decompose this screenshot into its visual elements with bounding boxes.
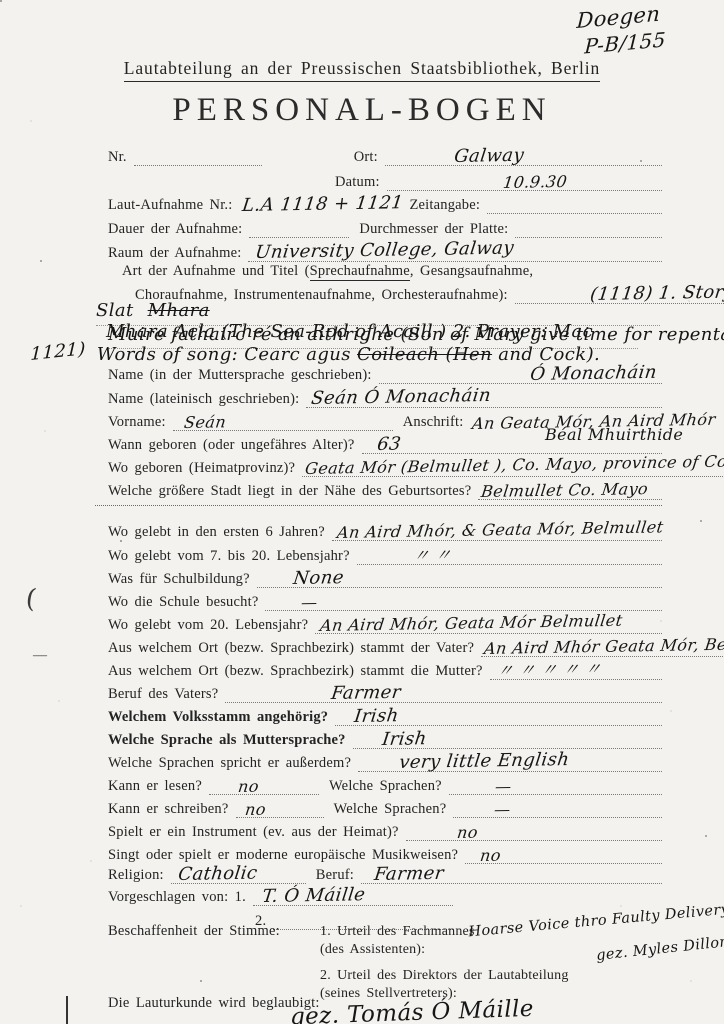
urteil1-value-line2: gez. Myles Dillon xyxy=(596,934,724,964)
leb6-label: Wo gelebt in den ersten 6 Jahren? xyxy=(108,524,325,541)
row-vater-beruf: Beruf des Vaters? Farmer xyxy=(108,681,662,703)
geboren-wo-label: Wo geboren (Heimatprovinz)? xyxy=(108,460,295,477)
zeit-field xyxy=(487,191,662,214)
raum-value: University College, Galway xyxy=(254,237,515,263)
volksstamm-label: Welchem Volksstamm angehörig? xyxy=(108,709,328,726)
row-datum: Datum: 10.9.30 xyxy=(335,169,662,191)
mutter-ort-field: 〃 〃 〃 〃 〃 xyxy=(490,657,662,680)
schreiben-sprachen-value: — xyxy=(493,800,512,819)
leb20-value: An Aird Mhór, Geata Mór Belmullet xyxy=(319,611,624,635)
schule-art-label: Was für Schulbildung? xyxy=(108,571,250,588)
leb6-field: An Aird Mhór, & Geata Mór, Belmullet xyxy=(332,518,662,541)
row-stadt: Welche größere Stadt liegt in der Nähe d… xyxy=(108,478,662,500)
vater-beruf-field: Farmer xyxy=(225,680,662,703)
mutter-ort-label: Aus welchem Ort (bezw. Sprachbezirk) sta… xyxy=(108,663,483,680)
lesen-sprachen-label: Welche Sprachen? xyxy=(329,778,442,795)
urteil1-value-line1-wrap: Hoarse Voice thro Faulty Delivery xyxy=(468,901,724,942)
vorgeschlagen-label: Vorgeschlagen von: 1. xyxy=(108,889,246,906)
urteil1-line1: 1. Urteil des Fachmannes xyxy=(320,922,475,940)
muttersprache-value: Irish xyxy=(381,728,428,750)
schule-wo-value: — xyxy=(300,593,319,612)
scan-speckles xyxy=(0,0,2,2)
name-mutter-field: Ó Monacháin xyxy=(379,361,662,384)
vorgeschlagen-field: T. Ó Máille xyxy=(253,883,453,906)
name-lat-field: Seán Ó Monacháin xyxy=(306,385,662,408)
row-schule-art: Was für Schulbildung? None xyxy=(108,566,662,588)
datum-value: 10.9.30 xyxy=(502,172,568,192)
urteil1-value-line2-wrap: gez. Myles Dillon xyxy=(595,933,724,965)
beglaubigt-label: Die Lauturkunde wird beglaubigt: xyxy=(108,995,320,1011)
schule-art-field: None xyxy=(257,565,662,588)
row-mutter-ort: Aus welchem Ort (bezw. Sprachbezirk) sta… xyxy=(108,658,662,680)
urteil2a-label: 2. Urteil des Direktors der Lautabteilun… xyxy=(320,968,569,983)
row-dauer-durchmesser: Dauer der Aufnahme: Durchmesser der Plat… xyxy=(108,216,662,238)
beglaubigt-wrap: Die Lauturkunde wird beglaubigt: xyxy=(108,994,320,1012)
vorname-field: Seán xyxy=(173,408,393,431)
stimme-label-wrap: Beschaffenheit der Stimme: xyxy=(108,922,280,940)
art-label-post: , Gesangsaufnahme, xyxy=(410,263,533,279)
title-hand-line1: Slat Mhara Mhara Acla (The Sea-Rod of Ac… xyxy=(96,300,660,326)
volksstamm-field: Irish xyxy=(335,703,662,726)
name-mutter-value: Ó Monacháin xyxy=(529,362,658,385)
name-lat-label: Name (lateinisch geschrieben): xyxy=(108,391,299,408)
zeit-label: Zeitangabe: xyxy=(409,197,480,214)
row-name-lateinisch: Name (lateinisch geschrieben): Seán Ó Mo… xyxy=(108,386,662,408)
vorname-label: Vorname: xyxy=(108,414,166,431)
schreiben-sprachen-field: — xyxy=(453,795,662,818)
sprachen-sonst-field: very little English xyxy=(358,749,662,772)
muttersprache-label: Welche Sprache als Muttersprache? xyxy=(108,732,346,749)
vater-ort-value: An Aird Mhór Geata Mór, Belmullet xyxy=(483,634,724,658)
row-religion-beruf: Religion: Catholic Beruf: Farmer xyxy=(108,862,662,884)
row-schule-wo: Wo die Schule besucht? — xyxy=(108,589,662,611)
laut-label: Laut-Aufnahme Nr.: xyxy=(108,197,232,214)
geboren-wann-field: 63 xyxy=(362,431,662,454)
instrument-label: Spielt er ein Instrument (ev. aus der He… xyxy=(108,824,399,841)
vater-ort-label: Aus welchem Ort (bezw. Sprachbezirk) sta… xyxy=(108,640,474,657)
urteil2-line1: 2. Urteil des Direktors der Lautabteilun… xyxy=(320,966,569,984)
row-geboren-wann: Wann geboren (oder ungefähres Alter)? 63 xyxy=(108,432,662,454)
art-label-sprechaufnahme: Sprechaufnahme xyxy=(310,263,410,281)
schule-art-value: None xyxy=(292,567,345,589)
org-header: Lautabteilung an der Preussischen Staats… xyxy=(0,58,724,79)
art-label-line1: Art der Aufnahme und Titel (Sprechaufnah… xyxy=(122,262,533,280)
lesen-field: no xyxy=(209,772,319,795)
row-lesen: Kann er lesen? no Welche Sprachen? — xyxy=(108,773,662,795)
row-leb6: Wo gelebt in den ersten 6 Jahren? An Air… xyxy=(108,519,662,541)
row-nr-ort: Nr. Ort: Galway xyxy=(108,144,662,166)
lesen-label: Kann er lesen? xyxy=(108,778,202,795)
spacer xyxy=(453,884,662,906)
title-l2: Muire fathairc ré an aithrighe (Son of M… xyxy=(108,324,724,345)
row-leb20: Wo gelebt vom 20. Lebensjahr? An Aird Mh… xyxy=(108,612,662,634)
beruf-value: Farmer xyxy=(373,863,445,885)
leb720-label: Wo gelebt vom 7. bis 20. Lebensjahr? xyxy=(108,548,350,565)
schule-wo-field: — xyxy=(265,588,662,611)
row-vorgeschlagen: Vorgeschlagen von: 1. T. Ó Máille xyxy=(108,884,662,906)
raum-label: Raum der Aufnahme: xyxy=(108,245,241,262)
beruf-label: Beruf: xyxy=(316,867,354,884)
geboren-wann-label: Wann geboren (oder ungefähres Alter)? xyxy=(108,437,355,454)
datum-field: 10.9.30 xyxy=(387,168,662,191)
stadt-label: Welche größere Stadt liegt in der Nähe d… xyxy=(108,483,471,500)
lesen-sprachen-field: — xyxy=(449,772,662,795)
section-separator xyxy=(95,505,662,506)
schreiben-value: no xyxy=(244,800,267,819)
row-instrument: Spielt er ein Instrument (ev. aus der He… xyxy=(108,819,662,841)
schule-wo-label: Wo die Schule besucht? xyxy=(108,594,258,611)
nr-label: Nr. xyxy=(108,149,127,166)
dauer-label: Dauer der Aufnahme: xyxy=(108,221,242,238)
durchmesser-field xyxy=(515,215,662,238)
archive-number-annotation: Doegen P-B/155 xyxy=(574,3,665,59)
religion-field: Catholic xyxy=(171,861,306,884)
leb20-label: Wo gelebt vom 20. Lebensjahr? xyxy=(108,617,308,634)
title-l1a: Slat xyxy=(96,300,134,321)
vater-ort-field: An Aird Mhór Geata Mór, Belmullet xyxy=(481,634,724,657)
personal-bogen-document: Doegen P-B/155 Lautabteilung an der Preu… xyxy=(0,0,724,1024)
urteil1b-label: (des Assistenten): xyxy=(320,942,425,957)
dauer-field xyxy=(249,215,349,238)
vater-beruf-label: Beruf des Vaters? xyxy=(108,686,218,703)
vorgeschlagen-value: T. Ó Máille xyxy=(261,884,367,907)
religion-value: Catholic xyxy=(177,863,259,885)
row-volksstamm: Welchem Volksstamm angehörig? Irish xyxy=(108,704,662,726)
row-sprachen-sonst: Welche Sprachen spricht er außerdem? ver… xyxy=(108,750,662,772)
row-laut-zeit: Laut-Aufnahme Nr.: L.A 1118 + 1121 Zeita… xyxy=(108,192,662,214)
muttersprache-field: Irish xyxy=(353,726,662,749)
leb20-field: An Aird Mhór, Geata Mór Belmullet xyxy=(315,611,662,634)
religion-label: Religion: xyxy=(108,867,164,884)
nr-field xyxy=(134,143,262,166)
leb6-value: An Aird Mhór, & Geata Mór, Belmullet xyxy=(336,517,665,542)
durchmesser-label: Durchmesser der Platte: xyxy=(359,221,508,238)
sprachen-sonst-label: Welche Sprachen spricht er außerdem? xyxy=(108,755,351,772)
row-name-muttersprache: Name (in der Muttersprache geschrieben):… xyxy=(108,362,662,384)
datum-label: Datum: xyxy=(335,174,380,191)
volksstamm-value: Irish xyxy=(353,705,400,727)
stadt-value: Belmullet Co. Mayo xyxy=(480,479,649,501)
row-vater-ort: Aus welchem Ort (bezw. Sprachbezirk) sta… xyxy=(108,635,662,657)
scan-artifact-line xyxy=(66,996,68,1024)
laut-value: L.A 1118 + 1121 xyxy=(241,192,405,216)
beruf-field: Farmer xyxy=(361,861,662,884)
mutter-ort-value: 〃 〃 〃 〃 〃 xyxy=(496,656,603,681)
row-schreiben: Kann er schreiben? no Welche Sprachen? — xyxy=(108,796,662,818)
name-mutter-label: Name (in der Muttersprache geschrieben): xyxy=(108,367,372,384)
spacer xyxy=(262,144,354,166)
org-title: Lautabteilung an der Preussischen Staats… xyxy=(124,58,600,82)
schreiben-field: no xyxy=(236,795,324,818)
geboren-wo-value: Geata Mór (Belmullet ), Co. Mayo, provin… xyxy=(304,451,724,478)
ort-field: Galway xyxy=(385,143,662,166)
lesen-sprachen-value: — xyxy=(494,777,513,796)
row-muttersprache: Welche Sprache als Muttersprache? Irish xyxy=(108,727,662,749)
name-lat-value: Seán Ó Monacháin xyxy=(310,385,492,409)
stray-paren-mark: ( xyxy=(24,583,38,614)
archive-shelfmark: P-B/155 xyxy=(584,27,667,58)
raum-field: University College, Galway xyxy=(248,239,662,262)
row-raum: Raum der Aufnahme: University College, G… xyxy=(108,240,662,262)
ort-label: Ort: xyxy=(354,149,378,166)
lesen-value: no xyxy=(237,777,260,796)
schreiben-sprachen-label: Welche Sprachen? xyxy=(334,801,447,818)
row-geboren-wo: Wo geboren (Heimatprovinz)? Geata Mór (B… xyxy=(108,455,662,477)
ort-value: Galway xyxy=(453,145,525,167)
anschrift-label: Anschrift: xyxy=(403,414,464,431)
title-l3-number: 1121) xyxy=(30,338,86,365)
title-l1-struck-word: Mhara xyxy=(148,300,210,321)
schreiben-label: Kann er schreiben? xyxy=(108,801,229,818)
urteil1-line2: (des Assistenten): xyxy=(320,940,425,958)
art-label-pre: Art der Aufnahme und Titel ( xyxy=(122,263,310,279)
leb720-value: 〃 〃 xyxy=(412,542,453,566)
geboren-wo-field: Geata Mór (Belmullet ), Co. Mayo, provin… xyxy=(302,454,724,477)
sprachen-sonst-value: very little English xyxy=(398,749,571,773)
urteil1a-label: 1. Urteil des Fachmannes xyxy=(320,924,475,939)
vater-beruf-value: Farmer xyxy=(330,682,402,704)
instrument-field: no xyxy=(406,818,662,841)
stimme-label: Beschaffenheit der Stimme: xyxy=(108,923,280,939)
laut-field: L.A 1118 + 1121 xyxy=(239,192,409,214)
instrument-value: no xyxy=(456,823,479,842)
row-leb720: Wo gelebt vom 7. bis 20. Lebensjahr? 〃 〃 xyxy=(108,543,662,565)
alter-value: 63 xyxy=(376,434,402,455)
leb720-field: 〃 〃 xyxy=(357,542,662,565)
vorname-value: Seán xyxy=(183,412,227,432)
stadt-field: Belmullet Co. Mayo xyxy=(478,477,662,500)
page-title: PERSONAL-BOGEN xyxy=(0,92,724,129)
stray-dash-mark: — xyxy=(33,648,47,664)
